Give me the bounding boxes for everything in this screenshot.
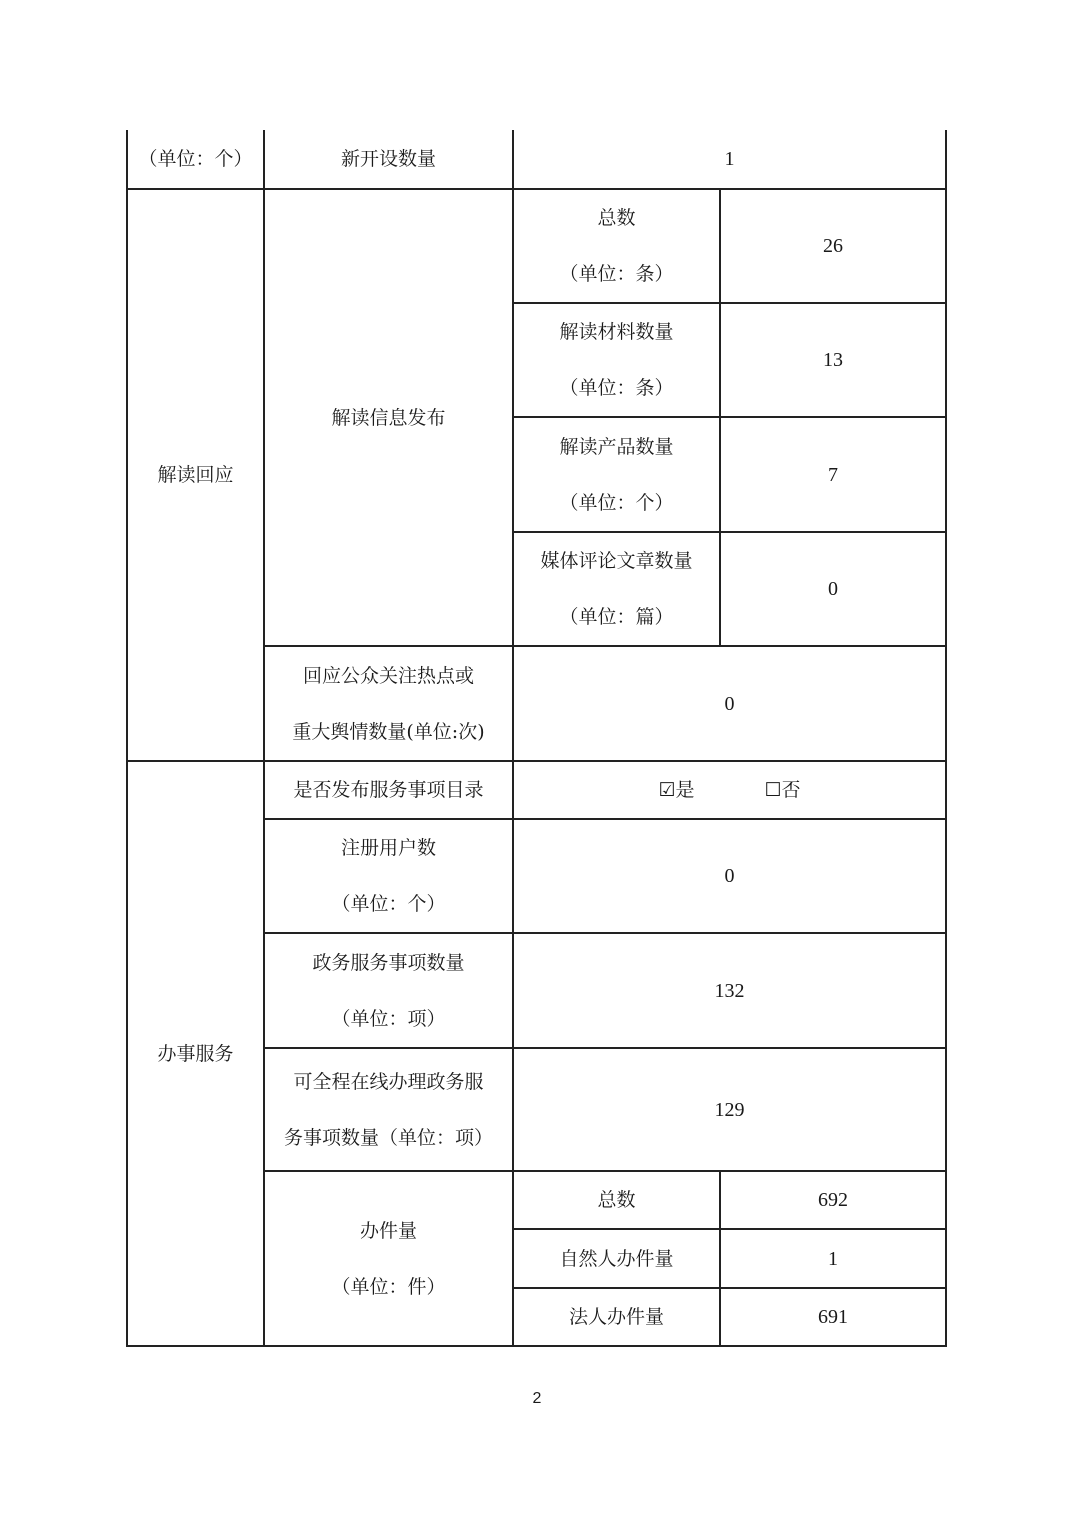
- service-items-value: 132: [514, 934, 945, 1047]
- section-interpret: 解读回应: [128, 190, 263, 760]
- cases-item-value: 692: [721, 1172, 945, 1228]
- interpret-item-value: 0: [721, 533, 945, 645]
- checkbox-no[interactable]: ☐否: [765, 762, 801, 818]
- interpret-publish-label: 解读信息发布: [265, 190, 512, 645]
- cases-item-label: 法人办件量: [514, 1289, 719, 1345]
- service-items-label: 政务服务事项数量 （单位：项）: [265, 934, 512, 1047]
- checkbox-yes[interactable]: ☑是: [658, 762, 694, 818]
- unit-cell: （单位：个）: [128, 130, 263, 188]
- interpret-item-label: 解读材料数量 （单位：条）: [514, 304, 719, 416]
- new-count-value: 1: [514, 130, 945, 188]
- interpret-item-value: 7: [721, 418, 945, 531]
- users-label: 注册用户数 （单位：个）: [265, 820, 512, 932]
- response-value: 0: [514, 647, 945, 760]
- interpret-item-value: 26: [721, 190, 945, 302]
- catalog-options: ☑是 ☐否: [514, 762, 945, 818]
- response-label: 回应公众关注热点或 重大舆情数量(单位:次): [265, 647, 512, 760]
- section-service: 办事服务: [128, 762, 263, 1345]
- cases-item-value: 1: [721, 1230, 945, 1287]
- page-number: 2: [0, 1390, 1074, 1408]
- table-border: [126, 1345, 947, 1347]
- new-count-label: 新开设数量: [265, 130, 512, 188]
- table-border: [945, 130, 947, 1347]
- users-value: 0: [514, 820, 945, 932]
- online-value: 129: [514, 1049, 945, 1170]
- interpret-item-label: 媒体评论文章数量 （单位：篇）: [514, 533, 719, 645]
- interpret-item-value: 13: [721, 304, 945, 416]
- cases-item-label: 自然人办件量: [514, 1230, 719, 1287]
- interpret-item-label: 总数 （单位：条）: [514, 190, 719, 302]
- interpret-item-label: 解读产品数量 （单位：个）: [514, 418, 719, 531]
- online-label: 可全程在线办理政务服 务事项数量（单位：项）: [265, 1049, 512, 1170]
- catalog-label: 是否发布服务事项目录: [265, 762, 512, 818]
- cases-item-value: 691: [721, 1289, 945, 1345]
- cases-label: 办件量 （单位：件）: [265, 1172, 512, 1345]
- cases-item-label: 总数: [514, 1172, 719, 1228]
